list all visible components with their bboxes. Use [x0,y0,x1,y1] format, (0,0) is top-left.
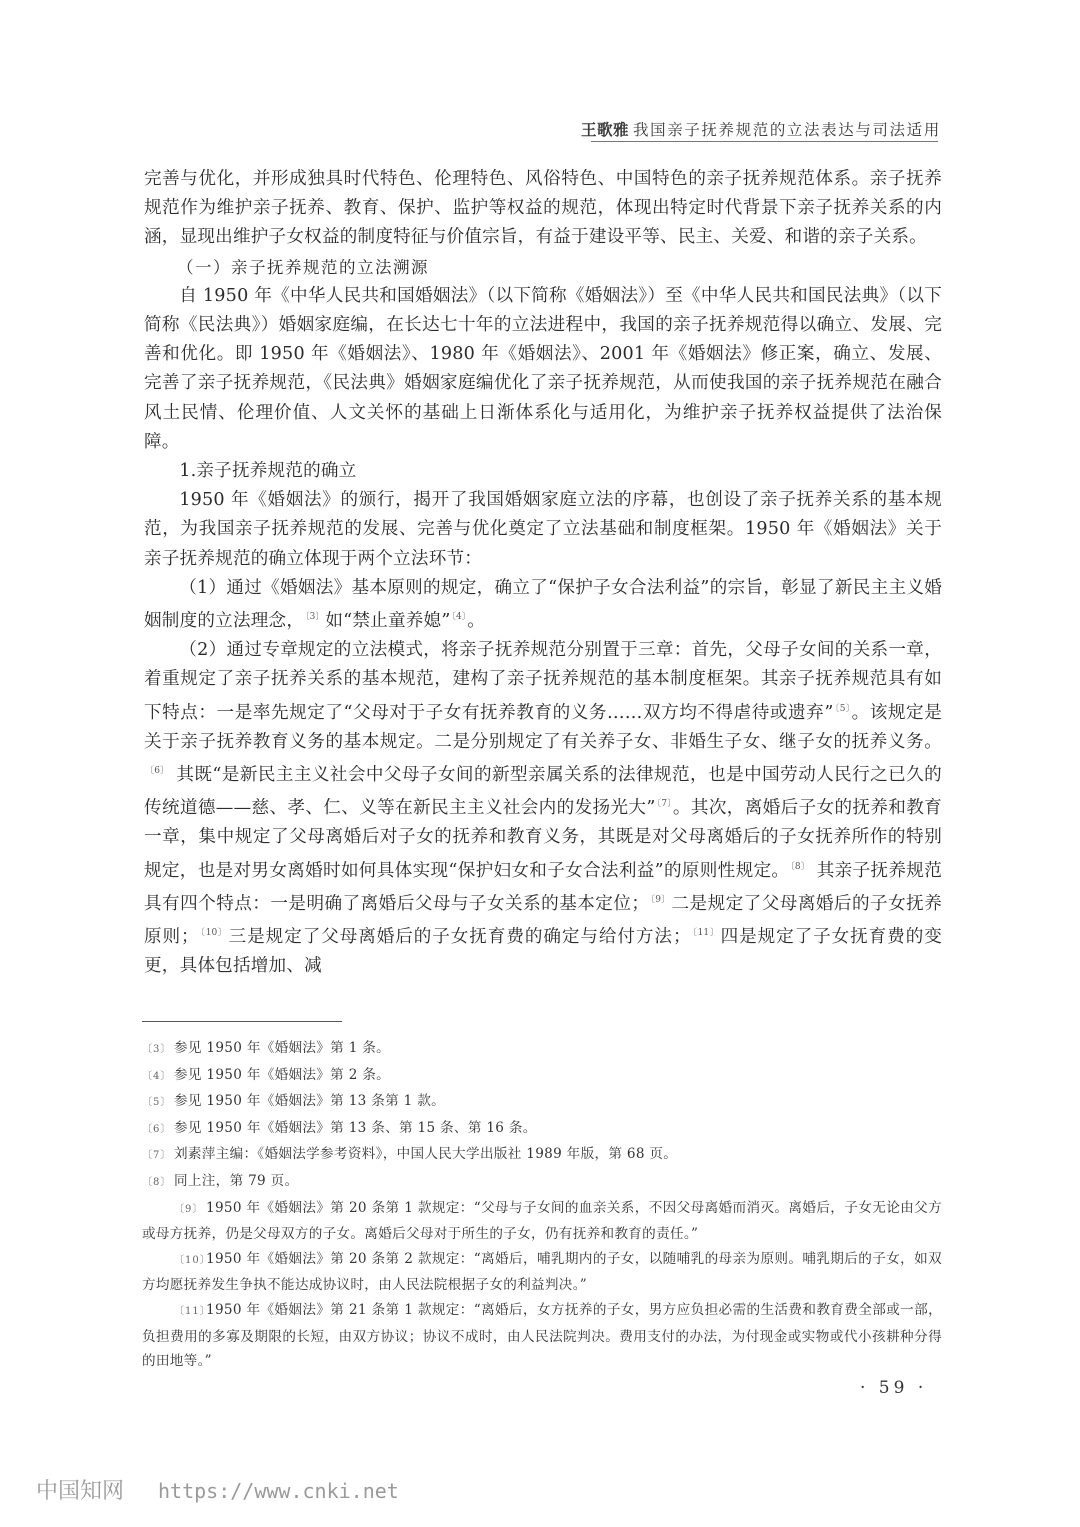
footnote-text: 1950 年《婚姻法》第 20 条第 2 款规定：“离婚后，哺乳期内的子女，以随… [142,1251,942,1294]
page-number: · 59 · [860,1378,927,1398]
footnote-4: 〔4〕参见 1950 年《婚姻法》第 2 条。 [142,1063,942,1090]
footnote-ref-3[interactable]: 〔3〕 [305,612,324,622]
paragraph-5: （2）通过专章规定的立法模式，将亲子抚养规范分别置于三章：首先，父母子女间的关系… [144,636,942,981]
footnote-text: 1950 年《婚姻法》第 20 条第 1 款规定：“父母与子女间的血亲关系，不因… [142,1200,942,1243]
footnote-8: 〔8〕同上注，第 79 页。 [142,1169,942,1196]
text-run: （1）通过《婚姻法》基本原则的规定，确立了“保护子女合法利益”的宗旨，彰显了新民… [144,578,942,631]
footnote-text: 参见 1950 年《婚姻法》第 13 条、第 15 条、第 16 条。 [174,1120,537,1136]
footnote-ref-9[interactable]: 〔9〕 [650,895,670,905]
body-text: 完善与优化，并形成独具时代特色、伦理特色、风俗特色、中国特色的亲子抚养规范体系。… [144,165,942,981]
footnotes: 〔3〕参见 1950 年《婚姻法》第 1 条。 〔4〕参见 1950 年《婚姻法… [142,1036,942,1374]
running-header: 王歌雅我国亲子抚养规范的立法表达与司法适用 [581,118,938,140]
section-heading: （一）亲子抚养规范的立法溯源 [144,253,942,282]
header-rule [591,141,938,142]
paragraph-4: （1）通过《婚姻法》基本原则的规定，确立了“保护子女合法利益”的宗旨，彰显了新民… [144,574,942,636]
footnote-ref-11[interactable]: 〔11〕 [692,928,720,938]
footnote-5: 〔5〕参见 1950 年《婚姻法》第 13 条第 1 款。 [142,1089,942,1116]
footnote-ref-5[interactable]: 〔5〕 [835,704,851,714]
footnote-mark: 〔8〕 [142,1171,174,1196]
footnote-mark: 〔7〕 [142,1144,174,1169]
footnote-ref-6[interactable]: 〔6〕 [145,766,169,776]
footnote-mark: 〔6〕 [142,1118,174,1143]
footnote-text: 同上注，第 79 页。 [174,1173,298,1189]
text-run: 三是规定了父母离婚后的子女抚育费的确定与给付方法； [229,927,691,947]
footnote-11: 〔11〕1950 年《婚姻法》第 21 条第 1 款规定：“离婚后，女方抚养的子… [142,1298,942,1374]
footnote-ref-10[interactable]: 〔10〕 [200,928,228,938]
header-title: 我国亲子抚养规范的立法表达与司法适用 [633,121,941,139]
footnote-9: 〔9〕1950 年《婚姻法》第 20 条第 1 款规定：“父母与子女间的血亲关系… [142,1196,942,1247]
watermark: 中国知网https://www.cnki.net [36,1474,399,1505]
footnote-text: 参见 1950 年《婚姻法》第 13 条第 1 款。 [174,1093,445,1109]
footnote-10: 〔10〕1950 年《婚姻法》第 20 条第 2 款规定：“离婚后，哺乳期内的子… [142,1247,942,1298]
paragraph-3: 1950 年《婚姻法》的颁行，揭开了我国婚姻家庭立法的序幕，也创设了亲子抚养关系… [144,486,942,574]
subheading: 1.亲子抚养规范的确立 [144,457,942,486]
footnote-ref-7[interactable]: 〔7〕 [657,799,672,809]
text-run: （2）通过专章规定的立法模式，将亲子抚养规范分别置于三章：首先，父母子女间的关系… [144,640,942,722]
footnote-3: 〔3〕参见 1950 年《婚姻法》第 1 条。 [142,1036,942,1063]
footnote-ref-8[interactable]: 〔8〕 [790,862,810,872]
footnote-text: 刘素萍主编：《婚姻法学参考资料》，中国人民大学出版社 1989 年版，第 68 … [174,1146,677,1162]
text-run: 。 [467,611,485,631]
footnote-7: 〔7〕刘素萍主编：《婚姻法学参考资料》，中国人民大学出版社 1989 年版，第 … [142,1142,942,1169]
footnote-mark: 〔10〕 [174,1249,206,1274]
footnote-mark: 〔11〕 [174,1300,206,1325]
footnote-mark: 〔3〕 [142,1038,174,1063]
footnote-6: 〔6〕参见 1950 年《婚姻法》第 13 条、第 15 条、第 16 条。 [142,1116,942,1143]
footnote-text: 1950 年《婚姻法》第 21 条第 1 款规定：“离婚后，女方抚养的子女，男方… [142,1302,942,1369]
footnote-mark: 〔9〕 [174,1198,206,1223]
watermark-name: 中国知网 [36,1479,124,1504]
paragraph-1: 完善与优化，并形成独具时代特色、伦理特色、风俗特色、中国特色的亲子抚养规范体系。… [144,165,942,253]
footnote-text: 参见 1950 年《婚姻法》第 1 条。 [174,1040,390,1056]
footnote-mark: 〔5〕 [142,1091,174,1116]
footnote-ref-4[interactable]: 〔4〕 [452,612,467,622]
text-run: 如“禁止童养媳” [325,611,450,631]
footnote-separator [142,1021,342,1022]
watermark-url[interactable]: https://www.cnki.net [158,1479,399,1503]
paragraph-2: 自 1950 年《中华人民共和国婚姻法》（以下简称《婚姻法》）至《中华人民共和国… [144,282,942,457]
footnote-text: 参见 1950 年《婚姻法》第 2 条。 [174,1067,390,1083]
footnote-mark: 〔4〕 [142,1065,174,1090]
header-author: 王歌雅 [581,120,629,139]
